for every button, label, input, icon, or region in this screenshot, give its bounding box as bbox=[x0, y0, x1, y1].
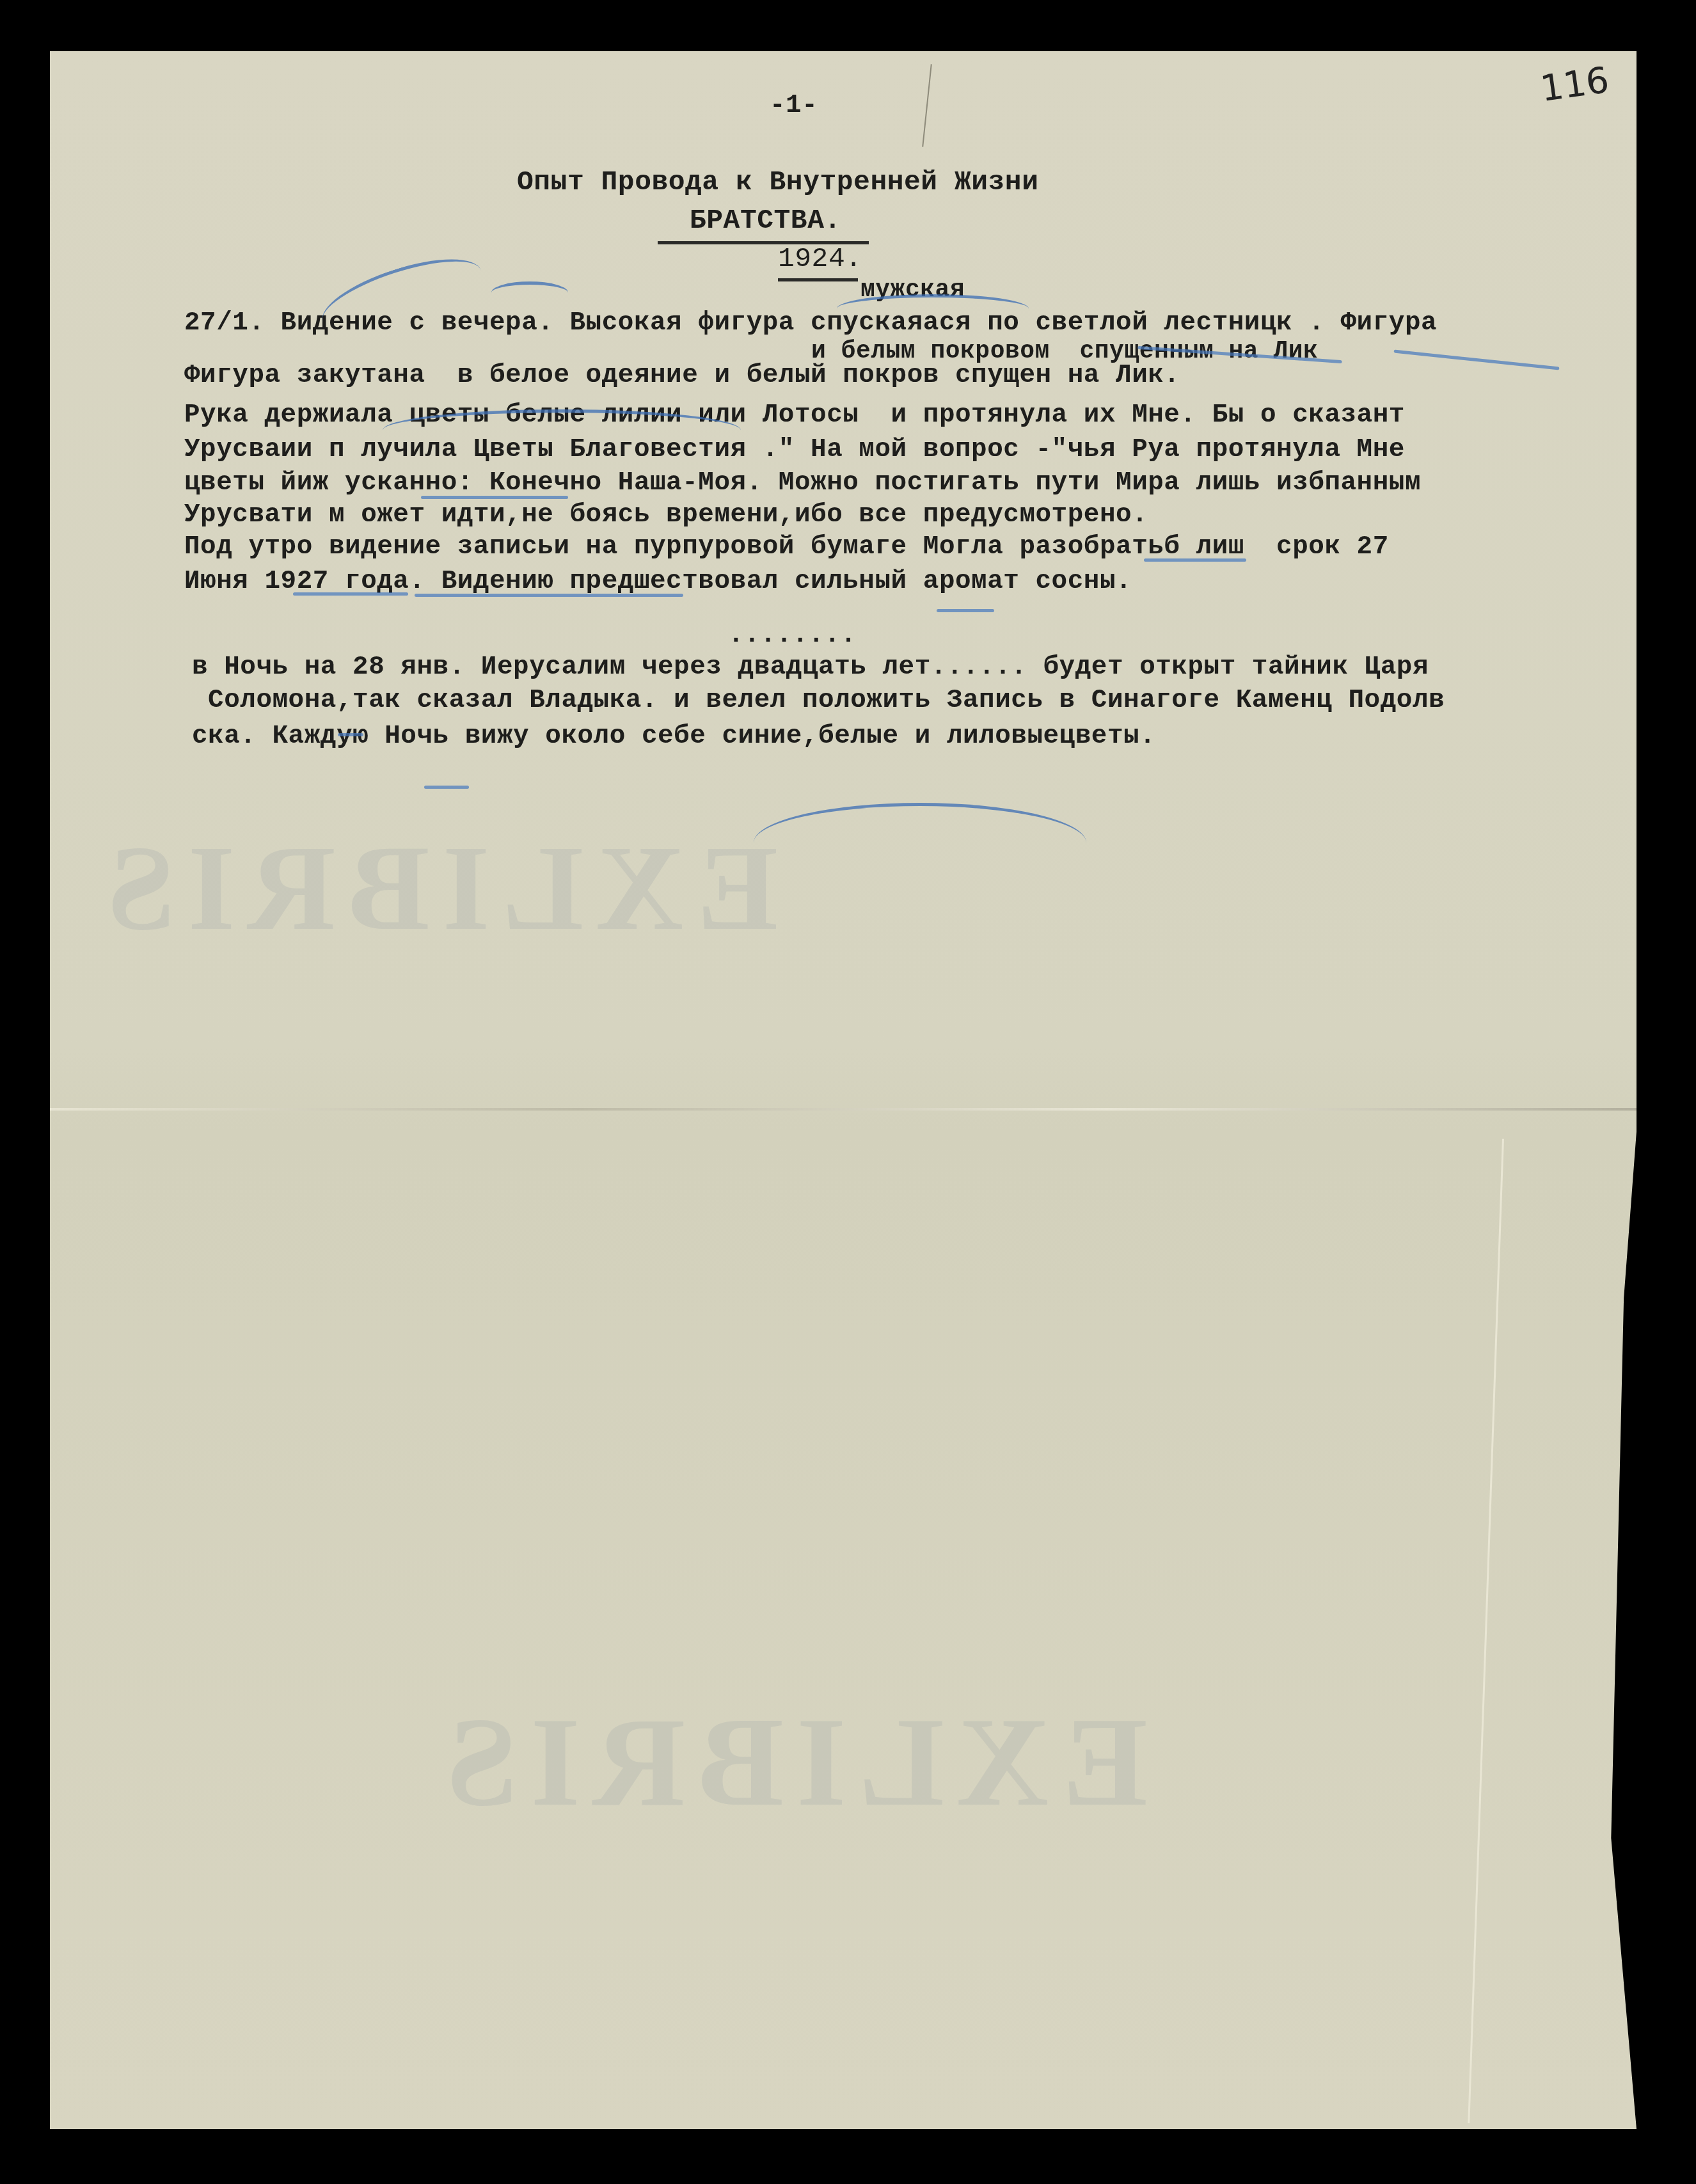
archive-folio-number: 116 bbox=[1538, 59, 1612, 110]
blue-pencil-arrow bbox=[1393, 349, 1559, 370]
blue-pencil-underline bbox=[937, 609, 994, 612]
text-line-7: Под утро видение записьи на пурпуровой б… bbox=[184, 532, 1389, 562]
text-line-2: Фигура закутана в белое одеяние и белый … bbox=[184, 361, 1180, 390]
blue-pencil-underline bbox=[293, 592, 408, 596]
blue-pencil-underline bbox=[338, 733, 363, 736]
document-subtitle: БРАТСТВА. bbox=[690, 205, 841, 236]
vertical-fold-crease bbox=[1468, 1139, 1504, 2123]
blue-pencil-underline bbox=[415, 594, 683, 597]
blue-pencil-mark bbox=[491, 281, 568, 304]
blue-pencil-underline bbox=[1144, 558, 1246, 562]
bleed-through-text: EXLIBRIS bbox=[434, 1689, 1148, 1835]
document-year: 1924. bbox=[778, 243, 862, 274]
page-number: -1- bbox=[770, 91, 818, 120]
text-line-5: цветы йиж усканно: Конечно Наша-Моя. Мож… bbox=[184, 468, 1421, 498]
blue-pencil-mark bbox=[837, 294, 1029, 323]
top-tear bbox=[922, 64, 932, 146]
blue-pencil-underline bbox=[424, 786, 469, 789]
text-line-9: в Ночь на 28 янв. Иерусалим через двадца… bbox=[192, 653, 1429, 682]
horizontal-fold-crease bbox=[50, 1108, 1637, 1111]
text-line-6: Урусвати м ожет идти,не боясь времени,иб… bbox=[184, 500, 1148, 530]
text-line-10: Соломона,так сказал Владыка. и велел пол… bbox=[192, 686, 1445, 715]
document-page: EXLIBRIS EXLIBRIS -1- 116 Опыт Провода к… bbox=[50, 51, 1637, 2129]
year-underline bbox=[778, 278, 858, 281]
blue-pencil-underline bbox=[421, 496, 568, 499]
separator-dots: ........ bbox=[728, 621, 857, 650]
text-line-11: ска. Каждую Ночь вижу около себе синие,б… bbox=[192, 722, 1155, 751]
text-line-4: Урусваии п лучила Цветы Благовестия ." Н… bbox=[184, 435, 1405, 464]
blue-pencil-mark bbox=[754, 803, 1086, 883]
text-line-3: Рука держиала цветы белые лилии или Лото… bbox=[184, 400, 1405, 430]
bleed-through-text: EXLIBRIS bbox=[95, 819, 778, 958]
document-title: Опыт Провода к Внутренней Жизни bbox=[517, 166, 1038, 198]
blue-pencil-mark bbox=[383, 409, 741, 451]
